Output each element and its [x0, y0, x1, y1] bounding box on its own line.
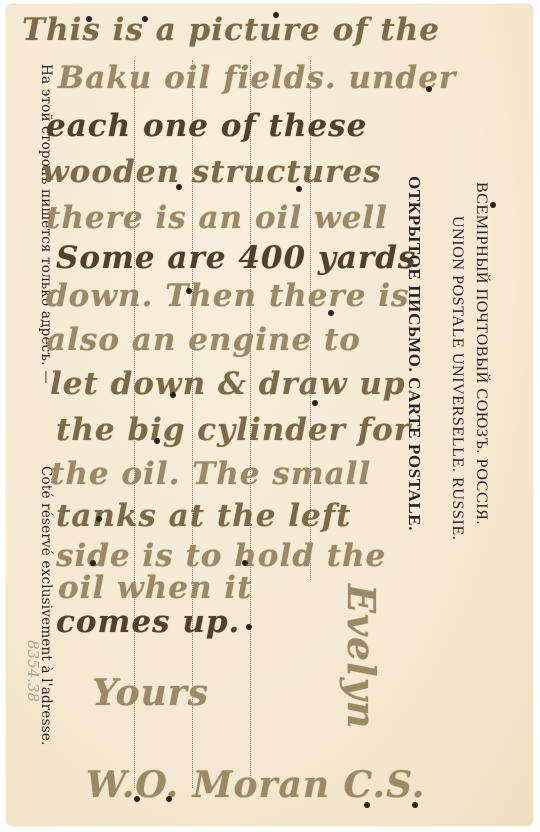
handwriting-line: side is to hold the	[56, 538, 386, 574]
ink-dot	[296, 186, 302, 192]
ink-dot	[170, 392, 176, 398]
ink-dot	[246, 624, 252, 630]
ink-dot	[242, 560, 248, 566]
ink-dot	[186, 288, 192, 294]
union-french: UNION POSTALE UNIVERSELLE. RUSSIE.	[448, 216, 466, 540]
handwriting-line: each one of these	[46, 108, 367, 144]
handwriting-line: also an engine to	[46, 322, 361, 358]
ink-dot	[134, 796, 140, 802]
ink-dot	[328, 310, 334, 316]
ink-dot	[364, 802, 370, 808]
handwriting-line: Some are 400 yards	[56, 240, 416, 276]
handwriting-line: This is a picture of the	[22, 12, 440, 48]
handwriting-closing: Yours	[92, 672, 209, 714]
handwriting-line: Baku oil fields. under	[58, 60, 456, 96]
ink-dot	[176, 184, 182, 190]
postcard-back: На этой сторонѣ пишется только адресъ. —…	[6, 4, 533, 826]
handwriting-side-name: Evelyn	[339, 584, 384, 729]
ink-dot	[426, 86, 432, 92]
ink-dot	[312, 400, 318, 406]
handwriting-line: there is an oil well	[46, 200, 388, 236]
handwriting-line: the oil. The small	[50, 456, 371, 492]
ink-dot	[490, 202, 496, 208]
ink-dot	[90, 560, 96, 566]
handwriting-line: down. Then there is	[46, 278, 409, 314]
pencil-note: 8354.38	[24, 640, 42, 702]
union-russian: ВСЕМІРНЫЙ ПОЧТОВЫЙ СОЮЗЪ. РОССІЯ.	[472, 182, 490, 525]
handwriting-line: wooden structures	[42, 154, 382, 190]
handwriting-line: let down & draw up	[50, 366, 406, 402]
ink-dot	[166, 796, 172, 802]
caption-french: Côté réservé exclusivement à l'adresse.	[38, 466, 54, 746]
card-title: ОТКРЫТОЕ ПИСЬМО. CARTE POSTALE.	[404, 176, 424, 531]
handwriting-line: the big cylinder for	[56, 412, 411, 448]
handwriting-line: oil when it	[58, 570, 252, 606]
ink-dot	[154, 438, 160, 444]
ink-dot	[86, 16, 92, 22]
handwriting-line: comes up.	[56, 604, 240, 640]
ink-dot	[142, 16, 148, 22]
ink-dot	[273, 12, 279, 18]
ink-dot	[412, 802, 418, 808]
ink-dot	[96, 516, 102, 522]
